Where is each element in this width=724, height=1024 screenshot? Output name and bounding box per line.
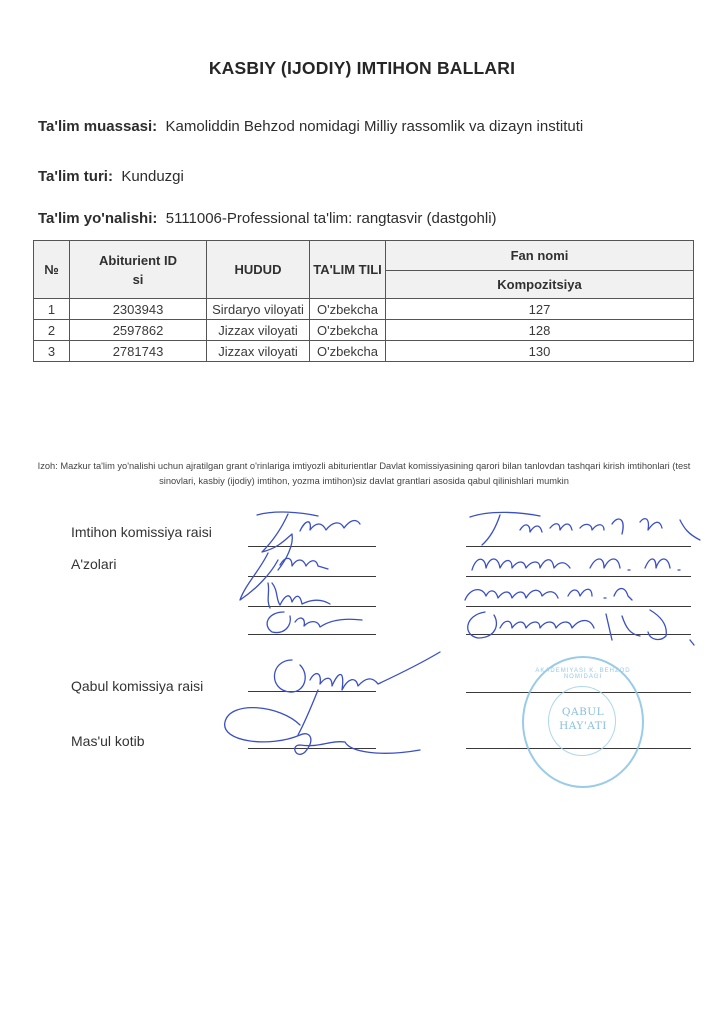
signature-line bbox=[248, 691, 376, 692]
exam-chair-label: Imtihon komissiya raisi bbox=[71, 524, 212, 540]
cell-region: Jizzax viloyati bbox=[207, 320, 310, 341]
stamp-line1: QABUL bbox=[524, 706, 642, 718]
institution-label: Ta'lim muassasi: bbox=[38, 118, 157, 135]
study-form-field: Ta'lim turi: Kunduzgi bbox=[38, 168, 184, 185]
signature-line bbox=[248, 546, 376, 547]
study-direction-label: Ta'lim yo'nalishi: bbox=[38, 210, 157, 227]
name-line bbox=[466, 606, 691, 607]
signature-line bbox=[248, 576, 376, 577]
signature-member-2 bbox=[268, 583, 330, 608]
name-line bbox=[466, 546, 691, 547]
cell-score: 128 bbox=[386, 320, 694, 341]
table-row: 1 2303943 Sirdaryo viloyati O'zbekcha 12… bbox=[34, 299, 694, 320]
document-title: KASBIY (IJODIY) IMTIHON BALLARI bbox=[0, 58, 724, 79]
footnote: Izoh: Mazkur ta'lim yo'nalishi uchun ajr… bbox=[34, 459, 694, 489]
signature-line bbox=[248, 748, 376, 749]
cell-language: O'zbekcha bbox=[310, 341, 386, 362]
header-applicant-id-text: Abiturient ID si bbox=[98, 251, 178, 289]
study-form-value: Kunduzgi bbox=[121, 168, 184, 185]
handwritten-name-2 bbox=[472, 559, 680, 570]
cell-no: 1 bbox=[34, 299, 70, 320]
signature-exam-chair bbox=[257, 512, 360, 570]
header-applicant-id: Abiturient ID si bbox=[70, 241, 207, 299]
study-form-label: Ta'lim turi: bbox=[38, 168, 113, 185]
header-language: TA'LIM TILI bbox=[310, 241, 386, 299]
secretary-label: Mas'ul kotib bbox=[71, 733, 144, 749]
name-line bbox=[466, 634, 691, 635]
table-row: 3 2781743 Jizzax viloyati O'zbekcha 130 bbox=[34, 341, 694, 362]
institution-value: Kamoliddin Behzod nomidagi Milliy rassom… bbox=[166, 118, 584, 135]
stamp-line2: HAY'ATI bbox=[524, 720, 642, 732]
signature-line bbox=[248, 634, 376, 635]
name-line bbox=[466, 576, 691, 577]
study-direction-field: Ta'lim yo'nalishi: 5111006-Professional … bbox=[38, 210, 497, 227]
cell-id: 2597862 bbox=[70, 320, 207, 341]
stamp-ring-text: AKADEMIYASI K. BEHZOD NOMIDAGI bbox=[524, 668, 642, 680]
cell-region: Jizzax viloyati bbox=[207, 341, 310, 362]
cell-id: 2303943 bbox=[70, 299, 207, 320]
cell-region: Sirdaryo viloyati bbox=[207, 299, 310, 320]
signature-line bbox=[248, 606, 376, 607]
handwritten-signatures bbox=[0, 0, 724, 1024]
table-row: 2 2597862 Jizzax viloyati O'zbekcha 128 bbox=[34, 320, 694, 341]
cell-language: O'zbekcha bbox=[310, 299, 386, 320]
admission-chair-label: Qabul komissiya raisi bbox=[71, 678, 203, 694]
cell-score: 130 bbox=[386, 341, 694, 362]
header-region: HUDUD bbox=[207, 241, 310, 299]
header-subject-group: Fan nomi bbox=[386, 241, 694, 271]
header-subject: Kompozitsiya bbox=[386, 271, 694, 299]
handwritten-name-1 bbox=[470, 512, 700, 545]
header-no: № bbox=[34, 241, 70, 299]
scores-table: № Abiturient ID si HUDUD TA'LIM TILI Fan… bbox=[33, 240, 694, 362]
handwritten-name-4 bbox=[468, 610, 694, 645]
institution-field: Ta'lim muassasi: Kamoliddin Behzod nomid… bbox=[38, 118, 583, 135]
cell-score: 127 bbox=[386, 299, 694, 320]
signature-member-3 bbox=[267, 612, 362, 633]
cell-no: 3 bbox=[34, 341, 70, 362]
cell-no: 2 bbox=[34, 320, 70, 341]
study-direction-value: 5111006-Professional ta'lim: rangtasvir … bbox=[166, 210, 497, 227]
official-stamp: AKADEMIYASI K. BEHZOD NOMIDAGI QABUL HAY… bbox=[522, 656, 644, 788]
cell-language: O'zbekcha bbox=[310, 320, 386, 341]
handwritten-name-3 bbox=[465, 589, 632, 601]
members-label: A'zolari bbox=[71, 556, 116, 572]
cell-id: 2781743 bbox=[70, 341, 207, 362]
signature-admission-chair bbox=[274, 652, 440, 735]
